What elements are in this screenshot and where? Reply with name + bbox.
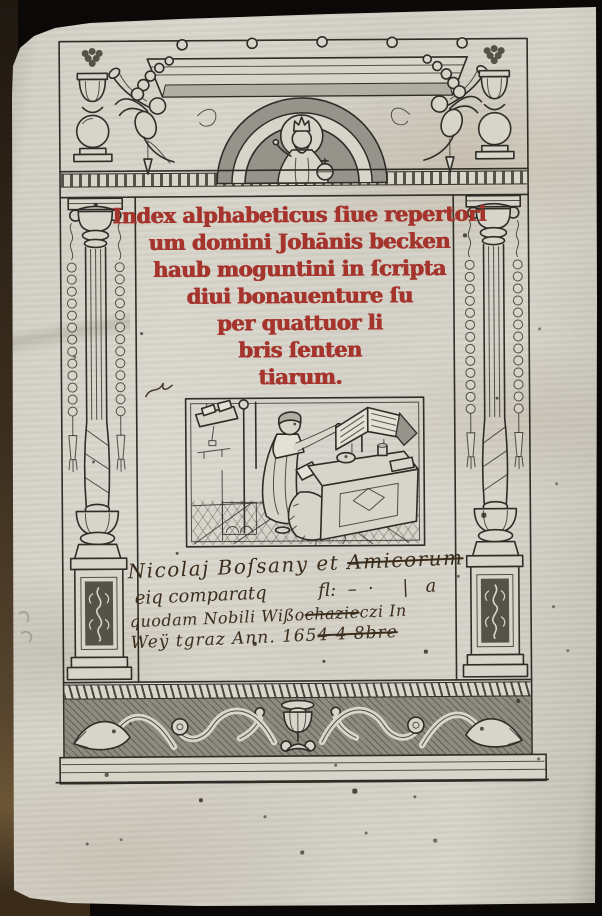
title-line: bris ſenten xyxy=(109,335,491,365)
book-photograph: Index alphabeticus ſiue repertori um dom… xyxy=(0,0,602,916)
title-line: diui bonauenture ſu xyxy=(109,281,491,311)
title-line: per quattuor li xyxy=(109,308,491,338)
title-line: um domini Johānis becken xyxy=(108,227,490,257)
paper-page: Index alphabeticus ſiue repertori um dom… xyxy=(0,0,602,916)
footer-frieze xyxy=(56,699,549,784)
title-line: Index alphabeticus ſiue repertori xyxy=(108,200,490,230)
inscription-struck-text: Amicorum xyxy=(347,545,464,574)
frieze-urn-icon xyxy=(281,700,315,751)
plinth xyxy=(56,754,548,783)
inscription-text: czi In xyxy=(359,601,407,622)
letterpress-title: Index alphabeticus ſiue repertori um dom… xyxy=(108,200,491,392)
printed-area: Index alphabeticus ſiue repertori um dom… xyxy=(0,0,602,916)
header-panel xyxy=(59,35,528,184)
lectern-book-icon xyxy=(336,407,417,458)
margin-smudge xyxy=(19,612,31,642)
title-line: tiarum. xyxy=(109,362,491,392)
ownership-inscription: Nicolaj Boſsany et Amicorum eiq comparat… xyxy=(127,545,481,654)
book-shelf-icon xyxy=(196,400,238,458)
title-line: haub moguntini in ſcripta xyxy=(109,254,491,284)
cornice xyxy=(147,57,467,97)
scholar-device xyxy=(186,397,425,547)
inscription-struck-text: chazie xyxy=(304,603,360,624)
inscription-struck-text: 4 4 8bre xyxy=(317,622,398,645)
finial-knobs-icon xyxy=(177,36,467,50)
woodcut-border xyxy=(0,0,602,916)
corner-urn-left-icon xyxy=(73,48,112,162)
